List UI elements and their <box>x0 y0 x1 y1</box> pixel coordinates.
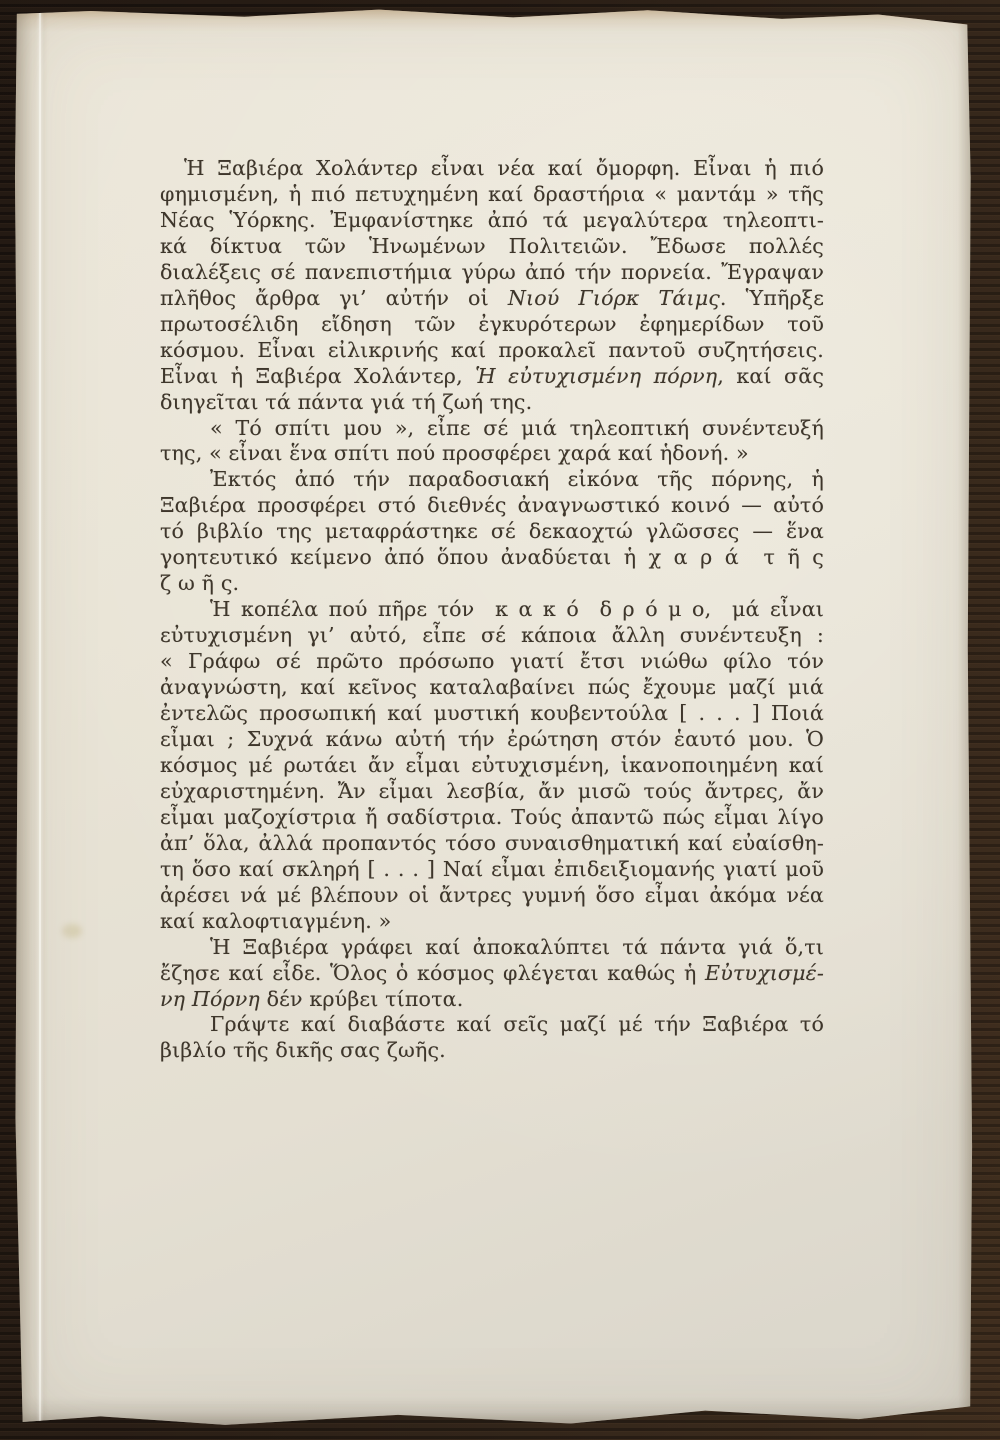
text-line: βιβλίο τῆς δικῆς σας ζωῆς. <box>160 1038 824 1064</box>
text-line: Ἡ Ξαβιέρα Χολάντερ εἶναι νέα καί ὄμορφη.… <box>160 156 824 182</box>
text-segment: δέν κρύβει τίποτα. <box>260 987 463 1011</box>
text-line: ἀρέσει νά μέ βλέπουν οἱ ἄντρες γυμνή ὅσο… <box>160 883 824 909</box>
text-segment: ἐντελῶς προσωπική καί μυστική κουβεντούλ… <box>160 701 824 725</box>
text-segment: « Τό σπίτι μου », εἶπε σέ μιά τηλεοπτική… <box>210 416 824 440</box>
text-segment: Νέας Ὑόρκης. Ἐμφανίστηκε ἀπό τά μεγαλύτε… <box>160 208 824 232</box>
text-line: κόσμος μέ ρωτάει ἄν εἶμαι εὐτυχισμένη, ἱ… <box>160 753 824 779</box>
text-segment: κόσμος μέ ρωτάει ἄν εἶμαι εὐτυχισμένη, ἱ… <box>160 753 824 777</box>
text-line: Γράψτε καί διαβάστε καί σεῖς μαζί μέ τήν… <box>160 1012 824 1038</box>
text-line: καί καλοφτιαγμένη. » <box>160 909 824 935</box>
book-back-cover: Ἡ Ξαβιέρα Χολάντερ εἶναι νέα καί ὄμορφη.… <box>14 6 974 1432</box>
text-segment: Ξαβιέρα προσφέρει στό διεθνές ἀναγνωστικ… <box>160 493 824 517</box>
text-segment: της, « εἶναι ἕνα σπίτι πού προσφέρει χαρ… <box>160 441 749 465</box>
text-line: τη ὅσο καί σκληρή [ . . . ] Ναί εἶμαι ἐπ… <box>160 857 824 883</box>
text-line: κόσμου. Εἶναι εἰλικρινής καί προκαλεῖ πα… <box>160 338 824 364</box>
italic-text-segment: Νιού Γιόρκ Τάιμς <box>508 286 720 310</box>
text-segment: Εἶναι ἡ Ξαβιέρα Χολάντερ, <box>160 364 475 388</box>
italic-text-segment: Εὐτυχισμέ- <box>705 961 824 985</box>
italic-text-segment: νη Πόρνη <box>160 987 260 1011</box>
text-segment: . Ὑπῆρξε <box>720 286 824 310</box>
text-segment: τη ὅσο καί σκληρή [ . . . ] Ναί εἶμαι ἐπ… <box>160 857 824 881</box>
text-segment: κά δίκτυα τῶν Ἡνωμένων Πολιτειῶν. Ἔδωσε … <box>160 234 824 258</box>
text-segment: Γράψτε καί διαβάστε καί σεῖς μαζί μέ τήν… <box>210 1012 824 1036</box>
text-segment: διηγεῖται τά πάντα γιά τή ζωή της. <box>160 390 532 414</box>
text-line: Νέας Ὑόρκης. Ἐμφανίστηκε ἀπό τά μεγαλύτε… <box>160 208 824 234</box>
text-segment: διαλέξεις σέ πανεπιστήμια γύρω ἀπό τήν π… <box>160 260 824 284</box>
text-segment: , καί σᾶς <box>717 364 824 388</box>
text-segment: πρωτοσέλιδη εἴδηση τῶν ἐγκυρότερων ἐφημε… <box>160 312 824 336</box>
text-segment: εὐχαριστημένη. Ἄν εἶμαι λεσβία, ἄν μισῶ … <box>160 779 824 803</box>
text-line: κά δίκτυα τῶν Ἡνωμένων Πολιτειῶν. Ἔδωσε … <box>160 234 824 260</box>
text-line: διαλέξεις σέ πανεπιστήμια γύρω ἀπό τήν π… <box>160 260 824 286</box>
text-line: γοητευτικό κείμενο ἀπό ὅπου ἀναδύεται ἡ … <box>160 545 824 571</box>
text-segment: κόσμου. Εἶναι εἰλικρινής καί προκαλεῖ πα… <box>160 338 824 362</box>
text-line: Ἡ κοπέλα πού πῆρε τόν κ α κ ό δ ρ ό μ ο,… <box>160 597 824 623</box>
text-line: ἀπ’ ὅλα, ἀλλά προπαντός τόσο συναισθηματ… <box>160 831 824 857</box>
text-line: « Γράφω σέ πρῶτο πρόσωπο γιατί ἔτσι νιώθ… <box>160 649 824 675</box>
text-line: « Τό σπίτι μου », εἶπε σέ μιά τηλεοπτική… <box>160 416 824 442</box>
italic-text-segment: Ἡ εὐτυχισμένη πόρνη <box>475 364 717 388</box>
text-line: νη Πόρνη δέν κρύβει τίποτα. <box>160 987 824 1013</box>
text-segment: ἀπ’ ὅλα, ἀλλά προπαντός τόσο συναισθηματ… <box>160 831 824 855</box>
text-line: διηγεῖται τά πάντα γιά τή ζωή της. <box>160 390 824 416</box>
text-line: Εἶναι ἡ Ξαβιέρα Χολάντερ, Ἡ εὐτυχισμένη … <box>160 364 824 390</box>
text-line: εἶμαι μαζοχίστρια ἤ σαδίστρια. Τούς ἀπαν… <box>160 805 824 831</box>
text-line: Ἡ Ξαβιέρα γράφει καί ἀποκαλύπτει τά πάντ… <box>160 935 824 961</box>
text-line: Ἐκτός ἀπό τήν παραδοσιακή εἰκόνα τῆς πόρ… <box>160 467 824 493</box>
text-line: ἀναγνώστη, καί κεῖνος καταλαβαίνει πώς ἔ… <box>160 675 824 701</box>
text-line: εἶμαι ; Συχνά κάνω αὐτή τήν ἐρώτηση στόν… <box>160 727 824 753</box>
text-line: πρωτοσέλιδη εἴδηση τῶν ἐγκυρότερων ἐφημε… <box>160 312 824 338</box>
text-line: ἐντελῶς προσωπική καί μυστική κουβεντούλ… <box>160 701 824 727</box>
spine-crease <box>39 6 41 1432</box>
text-segment: καί καλοφτιαγμένη. » <box>160 909 391 933</box>
text-segment: Ἡ Ξαβιέρα γράφει καί ἀποκαλύπτει τά πάντ… <box>210 935 824 959</box>
text-line: εὐτυχισμένη γι’ αὐτό, εἶπε σέ κάποια ἄλλ… <box>160 623 824 649</box>
text-line: τό βιβλίο της μεταφράστηκε σέ δεκαοχτώ γ… <box>160 519 824 545</box>
cover-stain <box>62 924 82 938</box>
text-segment: ζ ω ῆ ς. <box>160 571 239 595</box>
text-line: εὐχαριστημένη. Ἄν εἶμαι λεσβία, ἄν μισῶ … <box>160 779 824 805</box>
text-segment: βιβλίο τῆς δικῆς σας ζωῆς. <box>160 1038 446 1062</box>
text-segment: ἀναγνώστη, καί κεῖνος καταλαβαίνει πώς ἔ… <box>160 675 824 699</box>
text-segment: γοητευτικό κείμενο ἀπό ὅπου ἀναδύεται ἡ … <box>160 545 824 569</box>
text-line: της, « εἶναι ἕνα σπίτι πού προσφέρει χαρ… <box>160 441 824 467</box>
text-line: ἔζησε καί εἶδε. Ὅλος ὁ κόσμος φλέγεται κ… <box>160 961 824 987</box>
text-line: ζ ω ῆ ς. <box>160 571 824 597</box>
text-segment: πλῆθος ἄρθρα γι’ αὐτήν οἱ <box>160 286 508 310</box>
text-segment: τό βιβλίο της μεταφράστηκε σέ δεκαοχτώ γ… <box>160 519 824 543</box>
text-segment: φημισμένη, ἡ πιό πετυχημένη καί δραστήρι… <box>160 182 824 206</box>
text-segment: « Γράφω σέ πρῶτο πρόσωπο γιατί ἔτσι νιώθ… <box>160 649 824 673</box>
text-line: φημισμένη, ἡ πιό πετυχημένη καί δραστήρι… <box>160 182 824 208</box>
text-segment: εἶμαι μαζοχίστρια ἤ σαδίστρια. Τούς ἀπαν… <box>160 805 824 829</box>
text-segment: Ἡ κοπέλα πού πῆρε τόν κ α κ ό δ ρ ό μ ο,… <box>210 597 824 621</box>
text-segment: Ἐκτός ἀπό τήν παραδοσιακή εἰκόνα τῆς πόρ… <box>210 467 824 491</box>
back-cover-text: Ἡ Ξαβιέρα Χολάντερ εἶναι νέα καί ὄμορφη.… <box>160 156 824 1064</box>
text-line: πλῆθος ἄρθρα γι’ αὐτήν οἱ Νιού Γιόρκ Τάι… <box>160 286 824 312</box>
text-segment: ἔζησε καί εἶδε. Ὅλος ὁ κόσμος φλέγεται κ… <box>160 961 705 985</box>
text-segment: ἀρέσει νά μέ βλέπουν οἱ ἄντρες γυμνή ὅσο… <box>160 883 824 907</box>
text-segment: Ἡ Ξαβιέρα Χολάντερ εἶναι νέα καί ὄμορφη.… <box>184 156 824 180</box>
text-segment: εἶμαι ; Συχνά κάνω αὐτή τήν ἐρώτηση στόν… <box>160 727 824 751</box>
text-segment: εὐτυχισμένη γι’ αὐτό, εἶπε σέ κάποια ἄλλ… <box>160 623 824 647</box>
text-line: Ξαβιέρα προσφέρει στό διεθνές ἀναγνωστικ… <box>160 493 824 519</box>
